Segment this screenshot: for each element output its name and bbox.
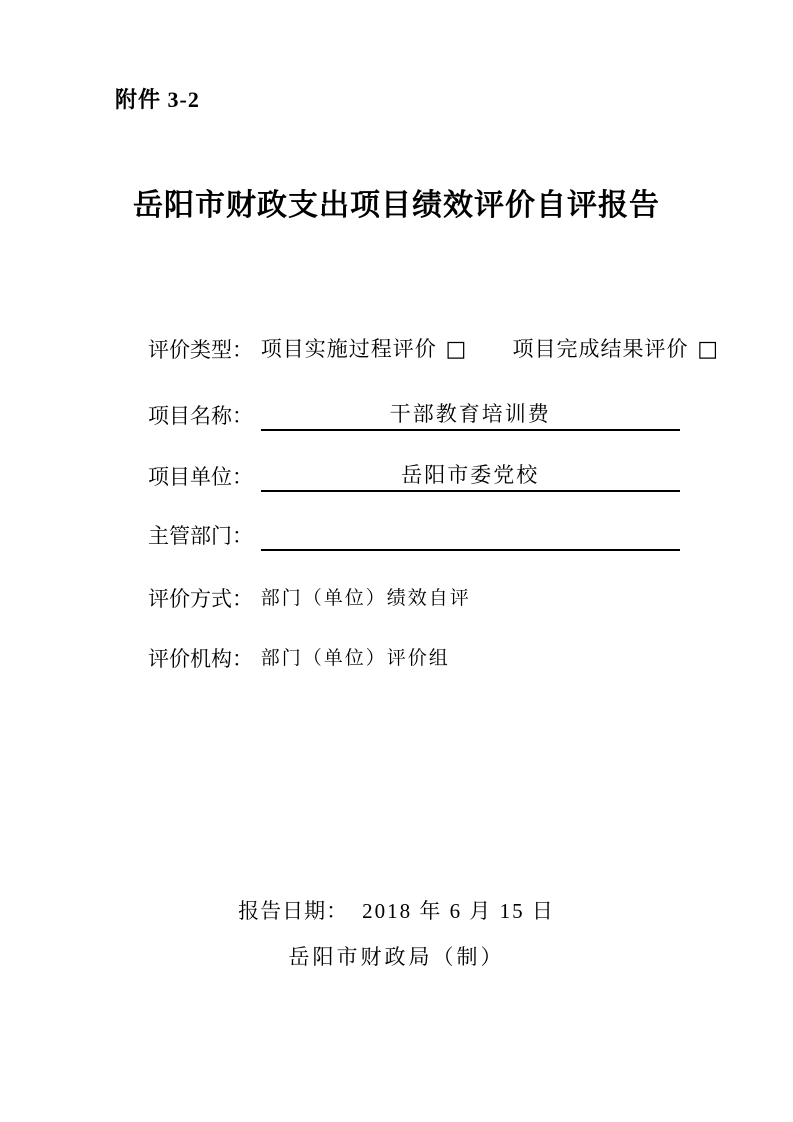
field-value-supervising-department — [261, 549, 680, 551]
form-row-evaluation-method: 评价方式： 部门（单位）绩效自评 — [148, 582, 471, 614]
report-date-label: 报告日期： — [238, 899, 348, 923]
checkbox-icon: □ — [446, 337, 468, 362]
field-value-project-unit: 岳阳市委党校 — [261, 460, 680, 492]
field-label-project-name: 项目名称： — [148, 401, 254, 431]
document-page: 附件 3-2 岳阳市财政支出项目绩效评价自评报告 评价类型： 项目实施过程评价 … — [0, 0, 793, 1122]
page-title: 岳阳市财政支出项目绩效评价自评报告 — [0, 180, 793, 224]
form-row-project-name: 项目名称： 干部教育培训费 — [148, 399, 680, 431]
report-date-line: 报告日期：2018 年 6 月 15 日 — [0, 895, 793, 925]
field-label-project-unit: 项目单位： — [148, 462, 254, 492]
field-value-evaluation-organization: 部门（单位）评价组 — [261, 648, 450, 669]
form-row-project-unit: 项目单位： 岳阳市委党校 — [148, 460, 680, 492]
option-label-process: 项目实施过程评价 — [261, 337, 437, 361]
form-row-evaluation-type: 评价类型： 项目实施过程评价 □ 项目完成结果评价 □ — [148, 334, 720, 365]
attachment-label: 附件 3-2 — [115, 83, 200, 114]
field-label-evaluation-type: 评价类型： — [148, 335, 254, 365]
form-row-evaluation-organization: 评价机构： 部门（单位）评价组 — [148, 642, 450, 674]
field-label-supervising-department: 主管部门： — [148, 521, 254, 551]
field-value-project-name: 干部教育培训费 — [261, 399, 680, 431]
evaluation-option-process: 项目实施过程评价 □ — [261, 337, 475, 361]
evaluation-option-result: 项目完成结果评价 □ — [513, 337, 720, 361]
field-label-evaluation-organization: 评价机构： — [148, 644, 254, 674]
issuer-line: 岳阳市财政局（制） — [0, 941, 793, 971]
form-row-supervising-department: 主管部门： — [148, 521, 680, 551]
field-label-evaluation-method: 评价方式： — [148, 584, 254, 614]
report-date-value: 2018 年 6 月 15 日 — [362, 899, 555, 923]
checkbox-icon: □ — [697, 337, 719, 362]
option-label-result: 项目完成结果评价 — [513, 337, 689, 361]
field-value-evaluation-method: 部门（单位）绩效自评 — [261, 588, 471, 609]
